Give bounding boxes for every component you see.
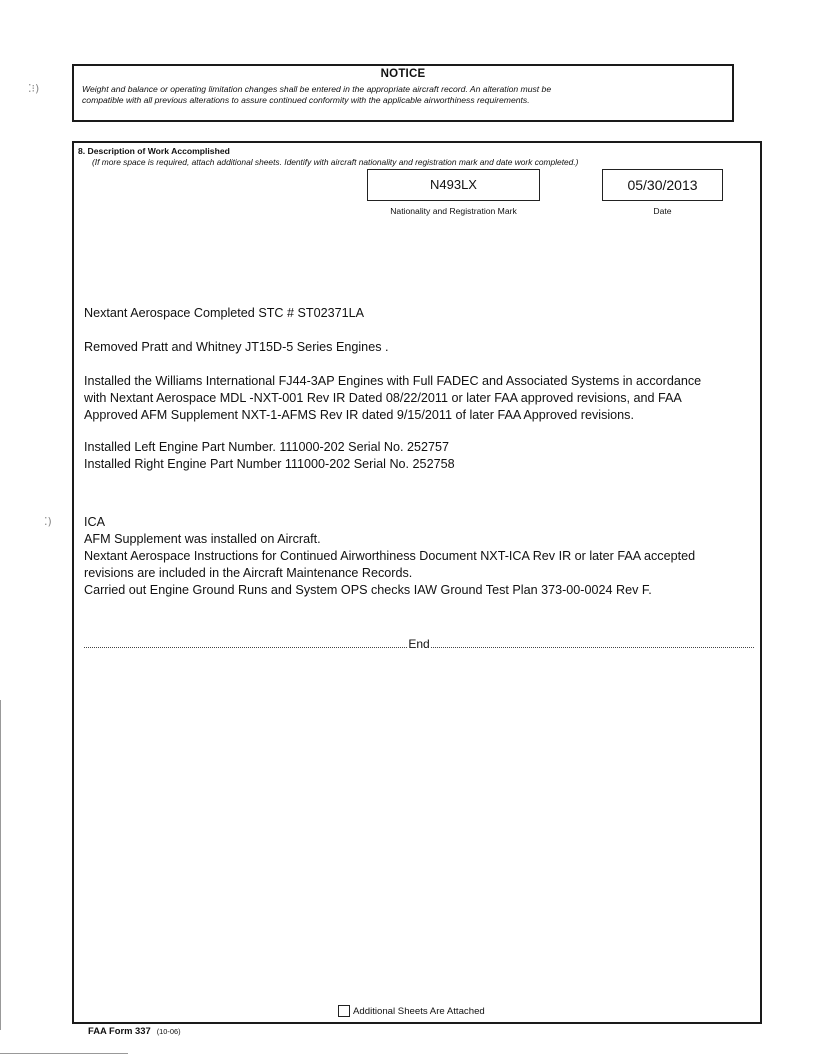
notice-title: NOTICE xyxy=(74,68,732,80)
work-paragraph-stc: Nextant Aerospace Completed STC # ST0237… xyxy=(84,305,754,322)
ica-line-instructions-2: revisions are included in the Aircraft M… xyxy=(84,565,754,582)
form-revision: (10-06) xyxy=(157,1027,181,1036)
scan-artifact-hole-punch-mid: ⁚) xyxy=(44,515,52,528)
additional-sheets-option[interactable]: Additional Sheets Are Attached xyxy=(338,1005,485,1017)
notice-line-1: Weight and balance or operating limitati… xyxy=(82,84,722,95)
section-title: 8. Description of Work Accomplished xyxy=(78,146,230,156)
work-paragraph-installed-line-3: Approved AFM Supplement NXT-1-AFMS Rev I… xyxy=(84,407,754,424)
description-of-work-section: 8. Description of Work Accomplished (If … xyxy=(72,141,762,1024)
section-instructions: (If more space is required, attach addit… xyxy=(92,157,578,167)
ica-heading: ICA xyxy=(84,514,754,531)
dotted-leader-left xyxy=(84,638,407,648)
notice-line-2: compatible with all previous alterations… xyxy=(82,95,722,106)
registration-mark-field[interactable]: N493LX xyxy=(367,169,540,201)
scan-edge-line-bottom xyxy=(0,1053,128,1054)
ica-line-instructions-1: Nextant Aerospace Instructions for Conti… xyxy=(84,548,754,565)
notice-box: NOTICE Weight and balance or operating l… xyxy=(72,64,734,122)
dotted-leader-right xyxy=(431,638,754,648)
scan-artifact-hole-punch-top: ⁚⁝) xyxy=(28,82,39,95)
left-engine-line: Installed Left Engine Part Number. 11100… xyxy=(84,439,754,456)
ica-line-ground-runs: Carried out Engine Ground Runs and Syste… xyxy=(84,582,754,599)
additional-sheets-label: Additional Sheets Are Attached xyxy=(353,1006,485,1017)
date-label: Date xyxy=(602,206,723,216)
form-footer: FAA Form 337(10-06) xyxy=(88,1025,181,1036)
date-field[interactable]: 05/30/2013 xyxy=(602,169,723,201)
additional-sheets-checkbox[interactable] xyxy=(338,1005,350,1017)
right-engine-line: Installed Right Engine Part Number 11100… xyxy=(84,456,754,473)
notice-text: Weight and balance or operating limitati… xyxy=(82,84,722,106)
registration-mark-label: Nationality and Registration Mark xyxy=(367,206,540,216)
form-name: FAA Form 337 xyxy=(88,1025,151,1036)
work-paragraph-removed-engines: Removed Pratt and Whitney JT15D-5 Series… xyxy=(84,339,754,356)
ica-line-afm: AFM Supplement was installed on Aircraft… xyxy=(84,531,754,548)
end-marker-line: End xyxy=(84,637,754,651)
work-paragraph-installed-line-2: with Nextant Aerospace MDL -NXT-001 Rev … xyxy=(84,390,754,407)
end-marker: End xyxy=(407,637,430,651)
scan-edge-line-left xyxy=(0,700,1,1030)
work-paragraph-installed-line-1: Installed the Williams International FJ4… xyxy=(84,373,754,390)
